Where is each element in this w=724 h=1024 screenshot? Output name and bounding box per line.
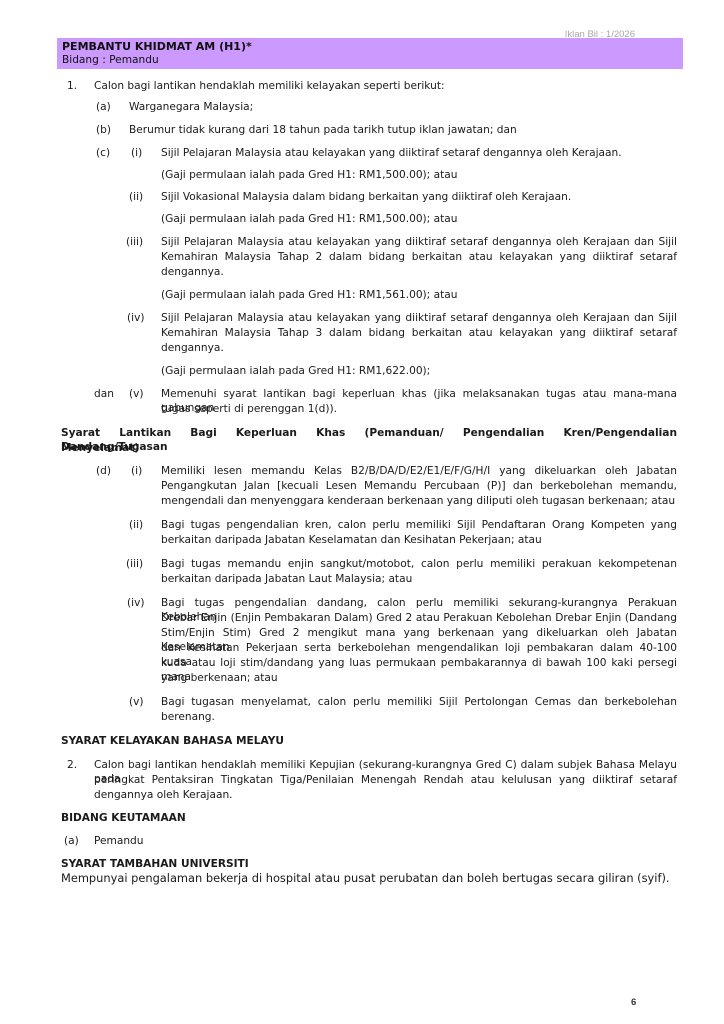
malay-text-line: dengannya oleh Kerajaan. (94, 788, 233, 802)
section-intro: Calon bagi lantikan hendaklah memiliki k… (94, 79, 445, 93)
item-label: (v) (129, 387, 144, 401)
subitem-label: (i) (131, 146, 142, 160)
item-text-line: tugas seperti di perenggan 1(d)). (161, 402, 337, 416)
section-number: 1. (67, 79, 77, 93)
priority-text: Pemandu (94, 834, 144, 848)
subitem-text-line: berkaitan daripada Jabatan Laut Malaysia… (161, 572, 412, 586)
section-number: 2. (67, 758, 77, 772)
priority-heading: BIDANG KEUTAMAAN (61, 811, 186, 825)
subitem-text-line: Pengangkutan Jalan [kecuali Lesen Memand… (161, 479, 677, 493)
item-text: Warganegara Malaysia; (129, 100, 253, 114)
subitem-text-line: Bagi tugas memandu enjin sangkut/motobot… (161, 557, 677, 571)
subitem-text-line: Bagi tugasan menyelamat, calon perlu mem… (161, 695, 677, 709)
subitem-text-line: dengannya. (161, 265, 224, 279)
subitem-text-line: dengannya. (161, 341, 224, 355)
position-field: Bidang : Pemandu (62, 54, 683, 67)
special-heading-line: Menyelamat) (61, 441, 139, 455)
salary-note: (Gaji permulaan ialah pada Gred H1: RM1,… (161, 168, 457, 182)
item-prefix: dan (94, 387, 114, 401)
item-text: Berumur tidak kurang dari 18 tahun pada … (129, 123, 517, 137)
subitem-text-line: berkaitan daripada Jabatan Keselamatan d… (161, 533, 542, 547)
position-title: PEMBANTU KHIDMAT AM (H1)* (62, 40, 683, 54)
priority-label: (a) (64, 834, 79, 848)
special-heading-line: Syarat Lantikan Bagi Keperluan Khas (Pem… (61, 426, 677, 454)
university-heading: SYARAT TAMBAHAN UNIVERSITI (61, 857, 249, 871)
subitem-label: (iii) (126, 557, 143, 571)
malay-heading: SYARAT KELAYAKAN BAHASA MELAYU (61, 734, 284, 748)
subitem-text-line: mengendali dan menyenggara kenderaan ber… (161, 494, 675, 508)
subitem-text-line: Drebar Enjin (Enjin Pembakaran Dalam) Gr… (161, 611, 677, 625)
salary-note: (Gaji permulaan ialah pada Gred H1: RM1,… (161, 364, 430, 378)
item-label: (c) (96, 146, 110, 160)
subitem-text: Sijil Vokasional Malaysia dalam bidang b… (161, 190, 571, 204)
university-text: Mempunyai pengalaman bekerja di hospital… (61, 871, 670, 885)
salary-note: (Gaji permulaan ialah pada Gred H1: RM1,… (161, 212, 457, 226)
item-label: (b) (96, 123, 111, 137)
subitem-label: (iv) (127, 311, 144, 325)
position-header: PEMBANTU KHIDMAT AM (H1)* Bidang : Peman… (57, 38, 683, 69)
page-number: 6 (631, 996, 636, 1010)
subitem-text-line: Sijil Pelajaran Malaysia atau kelayakan … (161, 235, 677, 249)
subitem-text-line: berenang. (161, 710, 215, 724)
subitem-label: (iv) (127, 596, 144, 610)
subitem-label: (iii) (126, 235, 143, 249)
subitem-text-line: Memiliki lesen memandu Kelas B2/B/DA/D/E… (161, 464, 677, 478)
salary-note: (Gaji permulaan ialah pada Gred H1: RM1,… (161, 288, 457, 302)
subitem-label: (i) (131, 464, 142, 478)
subitem-text-line: Kemahiran Malaysia Tahap 2 dalam bidang … (161, 250, 677, 264)
item-label: (d) (96, 464, 111, 478)
subitem-text-line: Bagi tugas pengendalian kren, calon perl… (161, 518, 677, 532)
subitem-label: (ii) (129, 190, 143, 204)
subitem-text-line: Sijil Pelajaran Malaysia atau kelayakan … (161, 311, 677, 325)
subitem-text-line: Kemahiran Malaysia Tahap 3 dalam bidang … (161, 326, 677, 340)
subitem-label: (ii) (129, 518, 143, 532)
item-label: (a) (96, 100, 111, 114)
subitem-text: Sijil Pelajaran Malaysia atau kelayakan … (161, 146, 622, 160)
subitem-label: (v) (129, 695, 144, 709)
subitem-text-line: yang berkenaan; atau (161, 671, 278, 685)
malay-text-line: peringkat Pentaksiran Tingkatan Tiga/Pen… (94, 773, 677, 787)
